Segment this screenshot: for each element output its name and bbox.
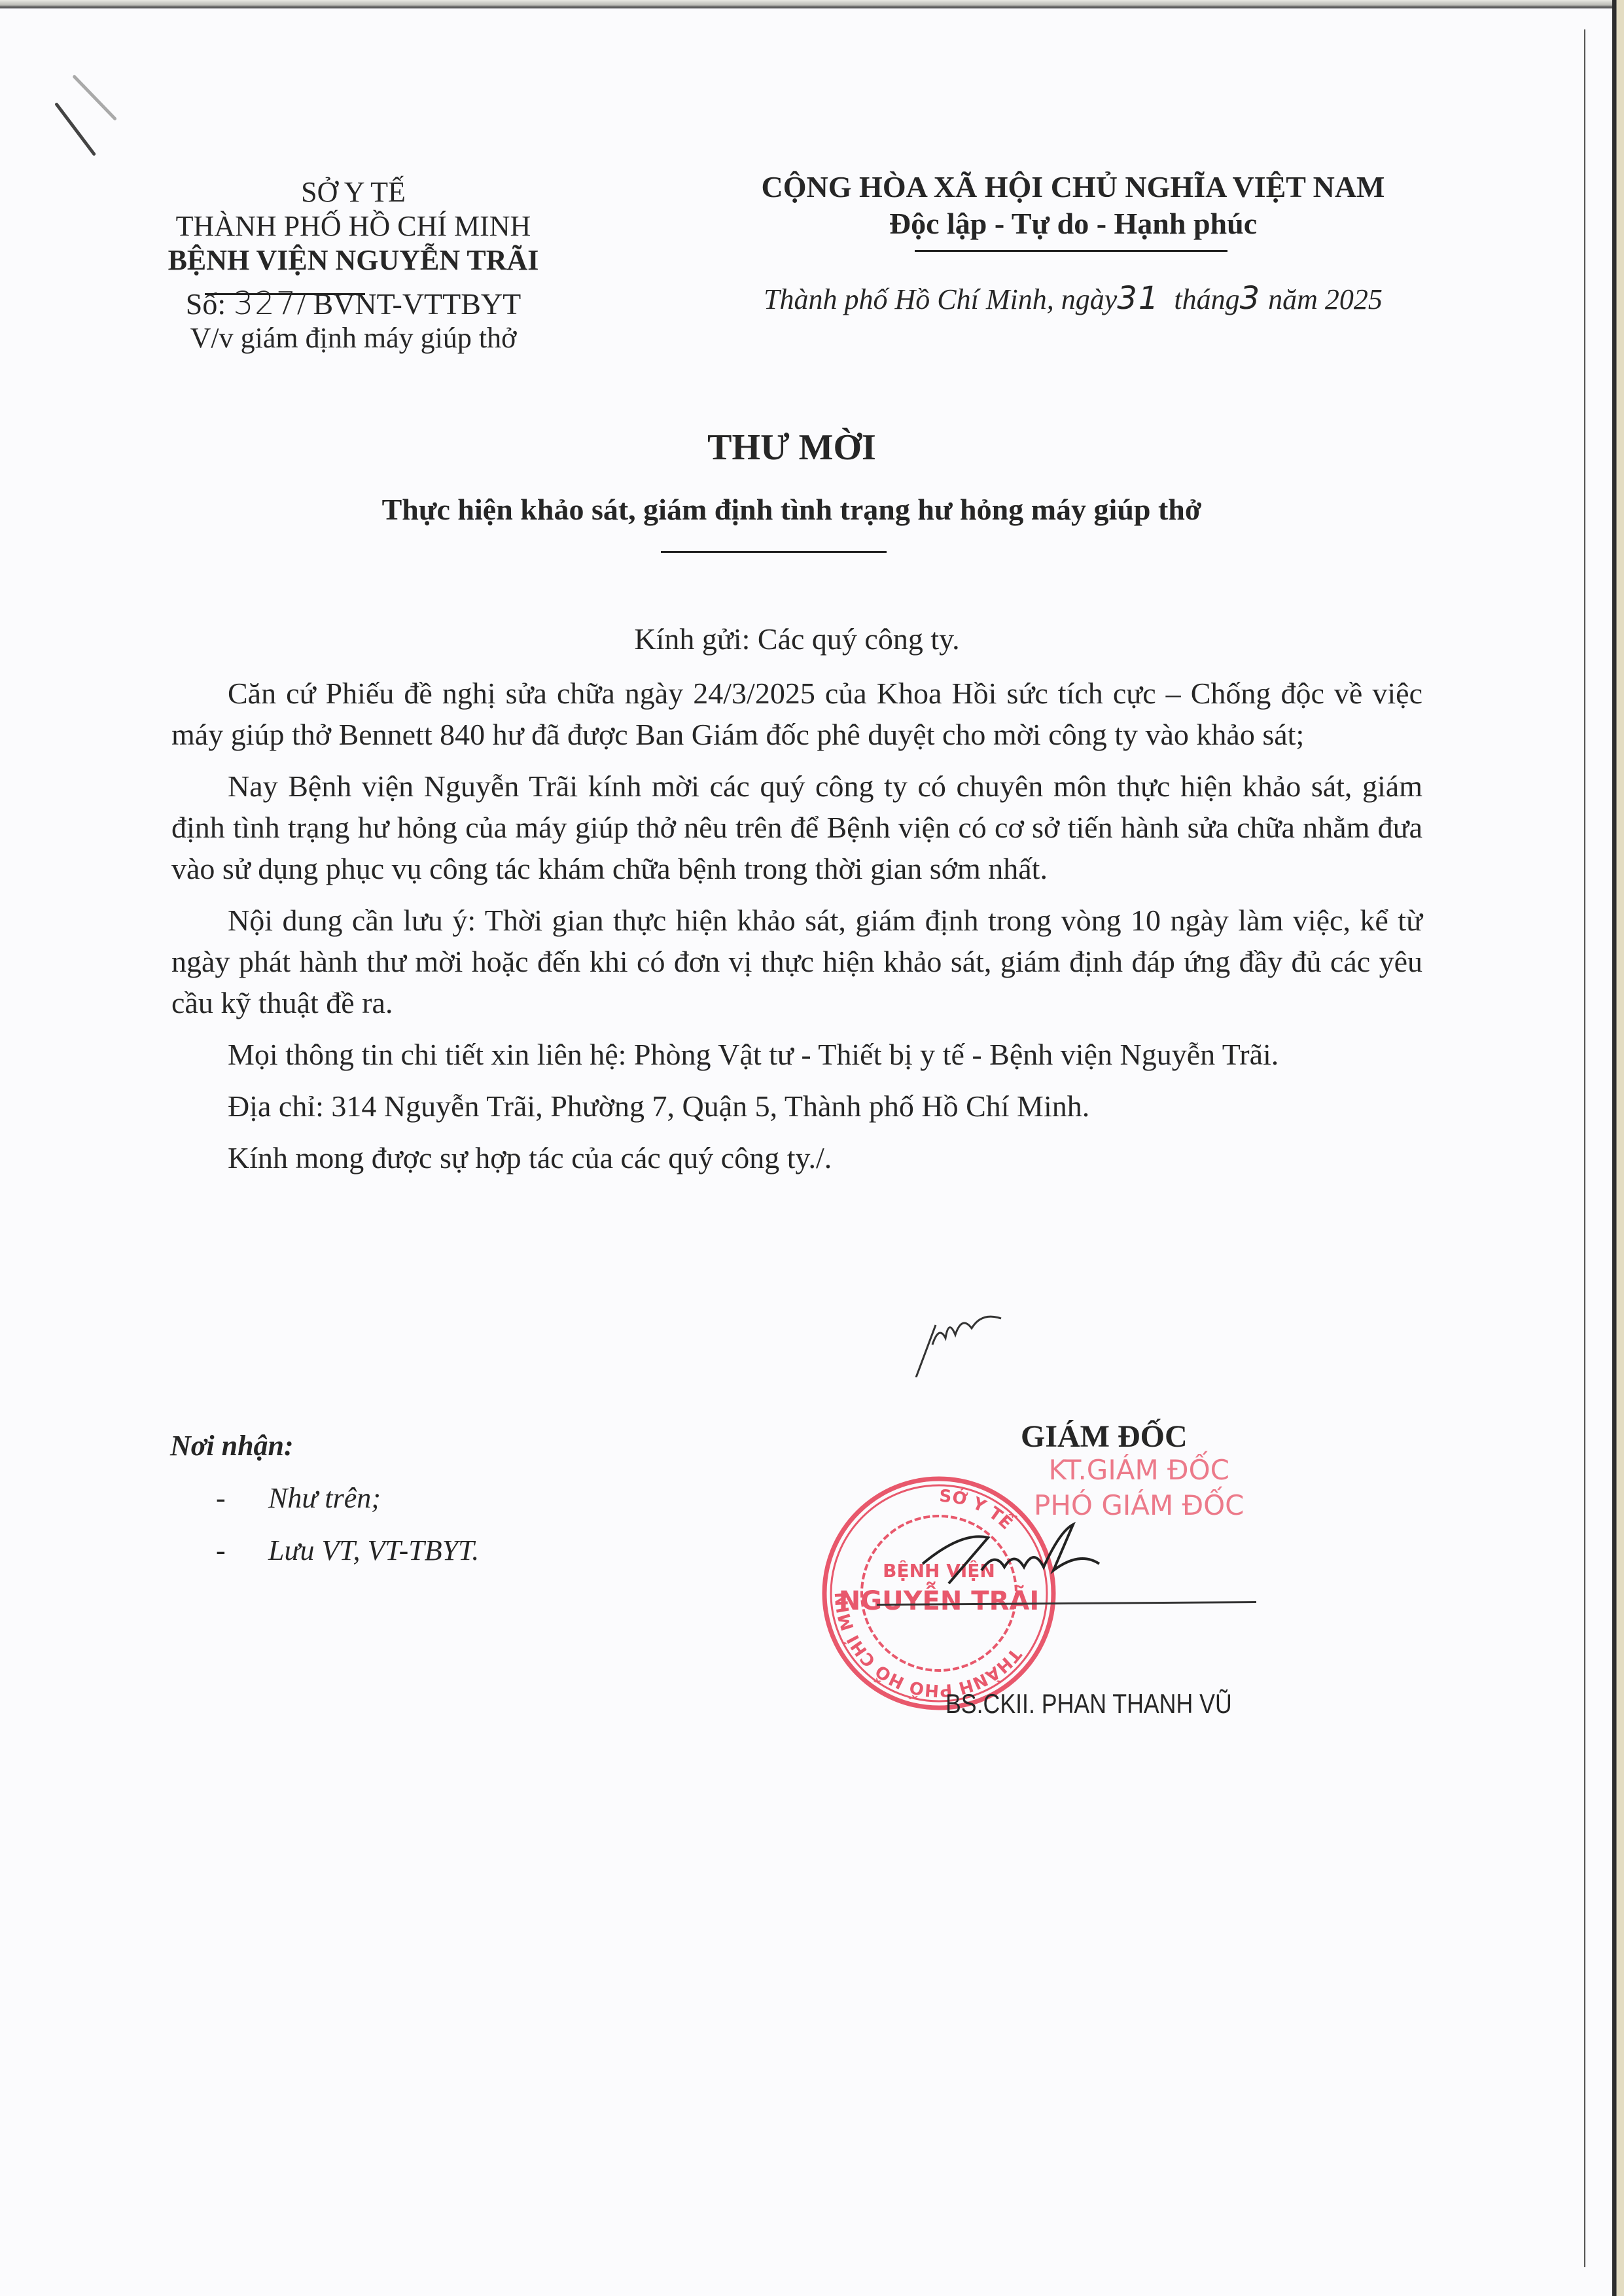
title-underline (661, 551, 887, 553)
document-subject: V/v giám định máy giúp thở (118, 321, 589, 355)
initial-paraph-icon (909, 1299, 1008, 1377)
recipients-label: Nơi nhận: (170, 1420, 479, 1472)
letter-body: Kính gửi: Các quý công ty. Căn cứ Phiếu … (171, 618, 1422, 1189)
issue-date: Thành phố Hồ Chí Minh, ngày31 tháng3 năm… (707, 280, 1439, 317)
date-month: 3 (1240, 280, 1262, 317)
date-day: 31 (1117, 280, 1159, 317)
number-suffix: / BVNT-VTTBYT (297, 287, 521, 321)
scan-edge-top (0, 0, 1624, 9)
national-motto: Độc lập - Tự do - Hạnh phúc (707, 205, 1439, 242)
handwritten-signature-icon (903, 1505, 1178, 1603)
paragraph-invitation: Nay Bệnh viện Nguyễn Trãi kính mời các q… (171, 766, 1422, 889)
issuer-header: SỞ Y TẾ THÀNH PHỐ HỒ CHÍ MINH BỆNH VIỆN … (118, 175, 589, 355)
stamp-line-1: KT.GIÁM ĐỐC (1034, 1453, 1244, 1488)
month-label: tháng (1174, 283, 1239, 315)
city-name: THÀNH PHỐ HỒ CHÍ MINH (118, 209, 589, 243)
hospital-underline (205, 293, 365, 295)
hospital-name: BỆNH VIỆN NGUYỄN TRÃI (118, 243, 589, 277)
number-handwritten: 327 (234, 285, 298, 322)
recipients-block: Nơi nhận: Như trên; Lưu VT, VT-TBYT. (170, 1420, 479, 1577)
staple-mark-icon (72, 75, 117, 121)
national-header: CỘNG HÒA XÃ HỘI CHỦ NGHĨA VIỆT NAM Độc l… (707, 169, 1439, 242)
scan-margin-line (1584, 29, 1585, 2267)
scan-edge-right (1612, 0, 1624, 2296)
motto-underline (915, 250, 1227, 252)
signer-name: BS.CKII. PHAN THANH VŨ (945, 1688, 1232, 1720)
paragraph-basis: Căn cứ Phiếu đề nghị sửa chữa ngày 24/3/… (171, 673, 1422, 755)
document-subtitle: Thực hiện khảo sát, giám định tình trạng… (236, 492, 1348, 527)
paragraph-closing: Kính mong được sự hợp tác của các quý cô… (171, 1137, 1422, 1178)
document-title: THƯ MỜI (236, 427, 1348, 468)
department-name: SỞ Y TẾ (118, 175, 589, 209)
date-place: Thành phố Hồ Chí Minh, ngày (764, 283, 1117, 315)
nation-name: CỘNG HÒA XÃ HỘI CHỦ NGHĨA VIỆT NAM (707, 169, 1439, 205)
paragraph-contact: Mọi thông tin chi tiết xin liên hệ: Phòn… (171, 1034, 1422, 1075)
number-prefix: Số: (186, 287, 226, 321)
staple-mark-icon (54, 102, 96, 156)
recipient-item: Như trên; (216, 1472, 479, 1525)
year-label: năm 2025 (1268, 283, 1383, 315)
paragraph-notes: Nội dung cần lưu ý: Thời gian thực hiện … (171, 900, 1422, 1023)
paragraph-address: Địa chỉ: 314 Nguyễn Trãi, Phường 7, Quận… (171, 1086, 1422, 1127)
signature-title: GIÁM ĐỐC (1021, 1419, 1188, 1455)
recipient-item: Lưu VT, VT-TBYT. (216, 1525, 479, 1577)
document-number: Số: 327/ BVNT-VTTBYT (118, 287, 589, 321)
salutation: Kính gửi: Các quý công ty. (171, 618, 1422, 660)
